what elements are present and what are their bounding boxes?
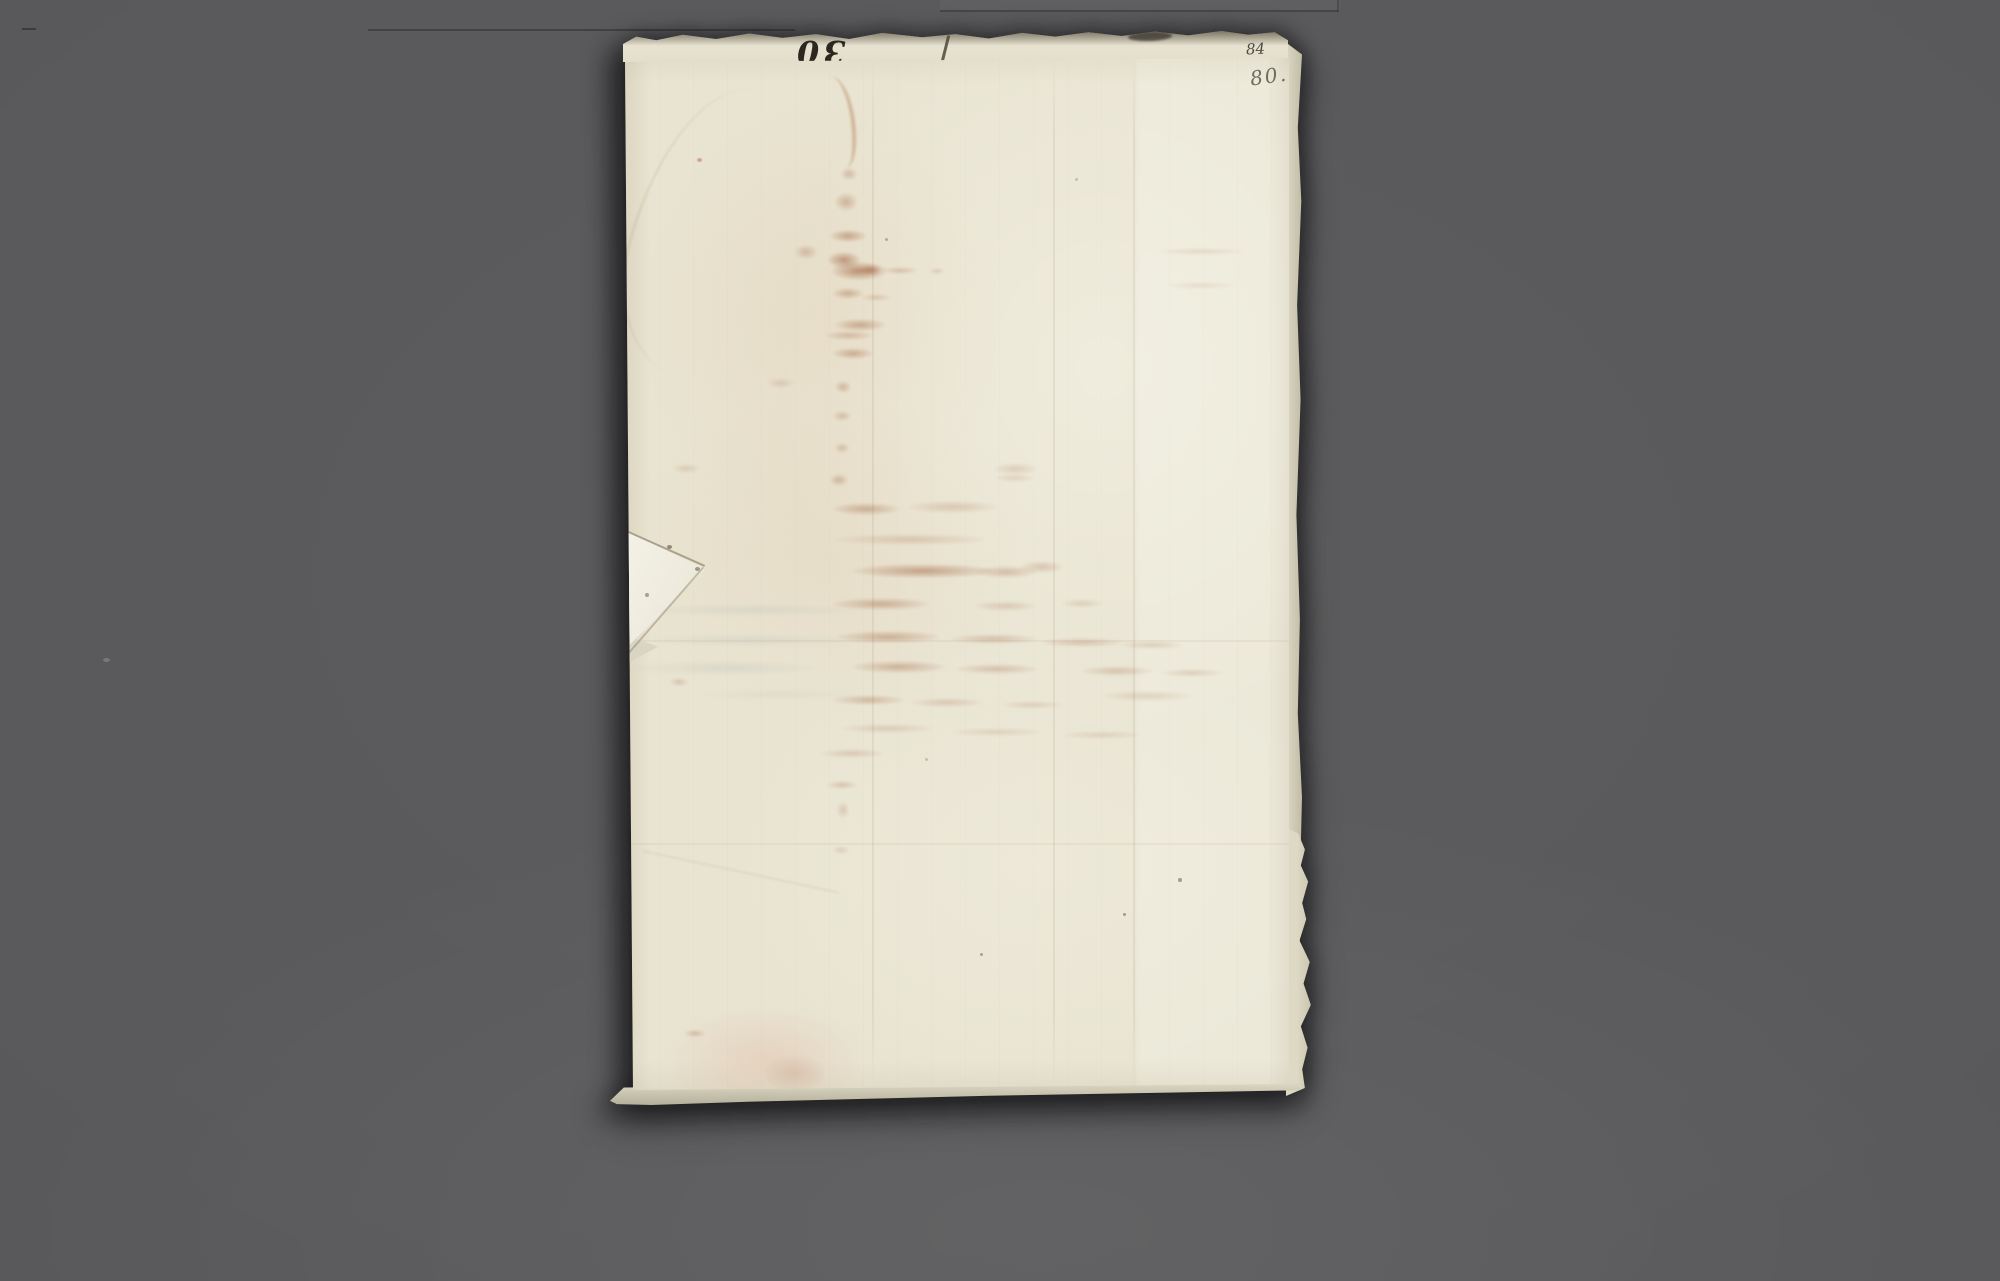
edge-smear-mark	[1128, 31, 1172, 42]
fold-crease-horizontal	[625, 843, 1289, 845]
paper-speck	[645, 593, 649, 597]
streak-mark	[700, 690, 860, 699]
bleed-mark	[1061, 731, 1143, 739]
paper-speck	[925, 758, 928, 761]
bleed-mark	[908, 501, 998, 513]
bleed-mark	[833, 411, 851, 421]
streak-mark	[648, 635, 863, 645]
crease-diagonal	[643, 850, 839, 894]
manuscript-stack: 30 84 80.	[0, 0, 2000, 1281]
bleed-mark	[1161, 669, 1223, 677]
bleed-mark	[995, 474, 1035, 482]
bleed-mark	[830, 230, 866, 242]
bleed-mark	[1101, 691, 1193, 701]
under-sheet-top-edge: 30 84	[623, 31, 1288, 62]
bleed-mark	[670, 678, 688, 686]
bleed-mark	[1001, 701, 1063, 709]
paper-speck	[885, 238, 888, 241]
torn-under-sheet	[1286, 828, 1313, 1096]
bleed-mark	[1061, 599, 1103, 608]
bleed-mark	[835, 319, 885, 331]
bleed-mark	[911, 698, 983, 707]
bleed-mark	[821, 749, 883, 758]
bleed-mark	[841, 168, 857, 180]
bleed-mark	[861, 265, 881, 275]
ink-tail-mark	[816, 74, 859, 169]
bleed-mark	[1081, 666, 1153, 676]
crease-arc	[599, 69, 843, 403]
bleed-mark	[1121, 641, 1183, 649]
bleed-mark	[1021, 561, 1063, 573]
paper-speck	[1123, 913, 1126, 916]
bleed-mark	[841, 724, 933, 733]
bleed-mark	[975, 601, 1037, 611]
bleed-mark	[830, 474, 848, 486]
previous-folio-number: 84	[1246, 40, 1266, 59]
fold-crease-vertical	[1133, 58, 1135, 1090]
bleed-mark	[951, 634, 1037, 644]
streak-mark	[632, 662, 817, 674]
bleed-mark	[795, 245, 817, 259]
bleed-mark	[827, 781, 857, 789]
bleed-mark	[837, 802, 849, 818]
bleed-mark	[951, 728, 1043, 736]
bleed-mark	[956, 664, 1038, 674]
bleed-mark	[1168, 282, 1234, 289]
bleed-mark	[835, 193, 857, 211]
paper-speck	[697, 158, 702, 162]
bleed-mark	[883, 267, 917, 274]
bleed-mark	[930, 268, 944, 274]
paper-speck	[980, 953, 983, 956]
bleed-mark	[853, 661, 945, 673]
fold-crease-vertical	[1053, 58, 1055, 1090]
inverted-ink-mark: 30	[793, 37, 859, 62]
bleed-mark	[835, 443, 849, 453]
folio-number: 80.	[1249, 61, 1290, 90]
bleed-mark	[768, 378, 794, 388]
paper-speck	[1178, 878, 1182, 882]
photo-background: 30 84 80.	[0, 0, 2000, 1281]
bleed-mark	[833, 503, 899, 515]
bleed-mark	[825, 331, 873, 340]
bleed-mark	[835, 534, 985, 545]
inverted-numeral-text: 30	[793, 37, 846, 62]
streak-mark	[650, 605, 865, 615]
manuscript-page: 80.	[625, 58, 1289, 1090]
bleed-mark	[1157, 248, 1245, 255]
paper-speck	[667, 545, 672, 549]
paper-speck	[695, 567, 700, 571]
bleed-mark	[1041, 638, 1123, 647]
ink-stroke-mark	[941, 35, 950, 62]
bleed-mark	[833, 348, 873, 359]
bleed-mark	[673, 464, 699, 473]
bleed-mark	[853, 564, 993, 578]
bleed-mark	[833, 288, 863, 299]
paper-speck	[1075, 178, 1078, 181]
bleed-mark	[861, 294, 891, 301]
bleed-mark	[685, 1030, 705, 1037]
bleed-mark	[833, 846, 849, 854]
bleed-mark	[835, 381, 851, 393]
bleed-mark	[765, 1055, 825, 1091]
